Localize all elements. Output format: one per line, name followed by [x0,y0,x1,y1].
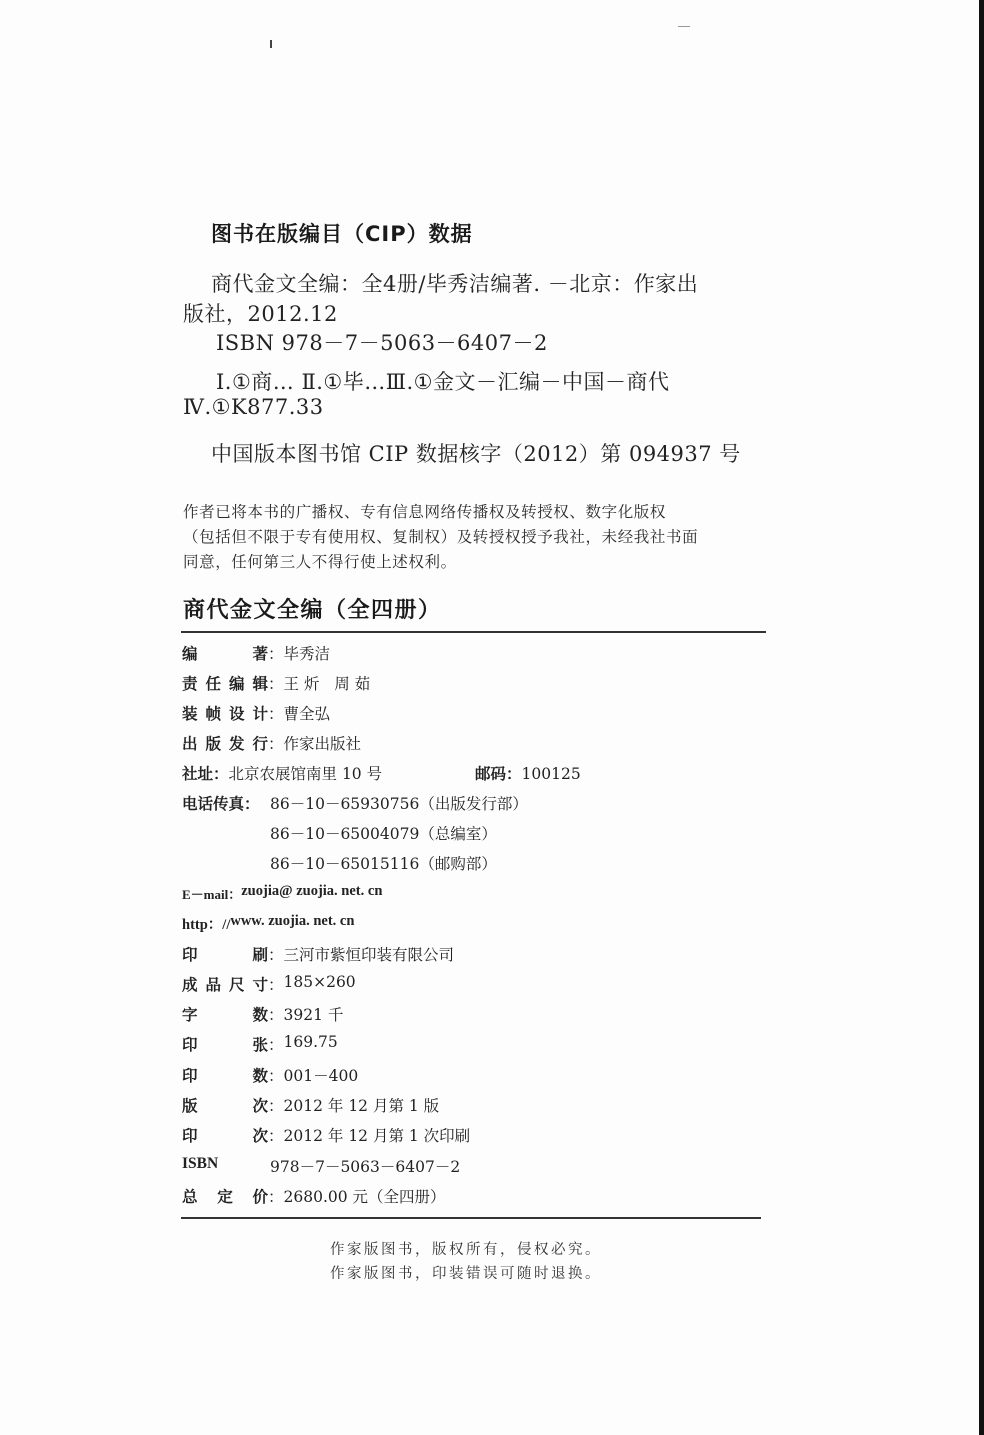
spec-label: 印数 [182,1064,268,1086]
http-label: http：// [182,913,230,934]
spec-edition: 版次：2012 年 12 月第 1 版 [182,1094,439,1116]
spec-value: 3921 千 [284,1003,344,1025]
spec-value: 001－400 [284,1064,359,1086]
spec-label: 印次 [182,1124,268,1146]
field-design: 装帧设计：曹全弘 [182,702,330,724]
spec-isbn: ISBN978－7－5063－6407－2 [182,1155,460,1177]
field-label: 出版发行 [182,732,268,754]
isbn-value: 978－7－5063－6407－2 [270,1155,460,1177]
zip-label: 邮码： [475,762,522,784]
spec-value: 2012 年 12 月第 1 版 [284,1094,440,1116]
spec-price: 总定价：2680.00 元（全四册） [182,1185,446,1207]
scan-speck [678,26,690,27]
footer-note: 作家版图书，印装错误可随时退换。 [330,1262,602,1283]
spec-print-run: 印数：001－400 [182,1064,358,1086]
bottom-rule [181,1217,761,1219]
rights-notice-line: （包括但不限于专有使用权、复制权）及转授权授予我社，未经我社书面 [183,525,698,547]
price-label: 总定价 [182,1185,268,1207]
phone-number: 86－10－65930756（出版发行部） [270,792,528,814]
phone-label: 电话传真： [182,792,270,814]
spec-label: 印张 [182,1033,268,1055]
spec-value: 2012 年 12 月第 1 次印刷 [284,1124,471,1146]
field-address: 社址：北京农展馆南里 10 号 邮码：100125 [182,762,782,784]
rights-notice-line: 同意，任何第三人不得行使上述权利。 [183,550,457,572]
scan-border [979,0,984,1435]
footer-note: 作家版图书，版权所有，侵权必究。 [330,1238,602,1259]
spec-label: 印刷 [182,943,268,965]
field-value: 王 炘 周 茹 [284,672,371,694]
field-value: 作家出版社 [284,732,362,754]
website-link[interactable]: www. zuojia. net. cn [230,913,354,934]
spec-value: 三河市紫恒印装有限公司 [284,943,455,965]
field-phone-3: 86－10－65015116（邮购部） [270,852,497,874]
address-value: 北京农展馆南里 10 号 [229,762,383,784]
field-editor: 编著：毕秀洁 [182,642,330,664]
title-rule [181,631,766,633]
cip-line: 商代金文全编：全4册/毕秀洁编著. －北京：作家出 [211,268,698,298]
field-label: 装帧设计 [182,702,268,724]
spec-label: 版次 [182,1094,268,1116]
cip-line: 版社，2012.12 [183,298,338,328]
scan-speck [270,40,272,48]
field-label: 责任编辑 [182,672,268,694]
field-phone: 电话传真：86－10－65930756（出版发行部） [182,792,528,814]
zip-value: 100125 [522,765,581,783]
field-label: 编著 [182,642,268,664]
cip-classification: Ⅰ.①商… Ⅱ.①毕…Ⅲ.①金文－汇编－中国－商代 [216,366,670,396]
spec-label: 成品尺寸 [182,973,268,995]
cip-record-number: 中国版本图书馆 CIP 数据核字（2012）第 094937 号 [211,438,741,468]
field-phone-2: 86－10－65004079（总编室） [270,822,497,844]
book-title: 商代金文全编（全四册） [183,593,442,624]
cip-heading: 图书在版编目（CIP）数据 [211,218,473,248]
field-value: 曹全弘 [284,702,331,724]
price-value: 2680.00 元（全四册） [284,1185,446,1207]
field-http: http：//www. zuojia. net. cn [182,913,354,934]
phone-number: 86－10－65015116（邮购部） [270,852,497,874]
spec-printer: 印刷：三河市紫恒印装有限公司 [182,943,454,965]
field-responsible-editor: 责任编辑：王 炘 周 茹 [182,672,370,694]
spec-value: 169.75 [284,1033,338,1055]
field-publisher: 出版发行：作家出版社 [182,732,361,754]
email-link[interactable]: zuojia@ zuojia. net. cn [241,883,382,903]
field-email: E－mail：zuojia@ zuojia. net. cn [182,883,382,903]
spec-value: 185×260 [284,973,356,995]
field-value: 毕秀洁 [284,642,331,664]
address-label: 社址： [182,762,229,784]
spec-sheets: 印张：169.75 [182,1033,338,1055]
spec-label: 字数 [182,1003,268,1025]
cip-classification-cont: Ⅳ.①K877.33 [183,395,324,419]
isbn-label: ISBN [182,1155,270,1177]
spec-size: 成品尺寸：185×260 [182,973,356,995]
cip-isbn: ISBN 978－7－5063－6407－2 [216,327,548,357]
spec-printing: 印次：2012 年 12 月第 1 次印刷 [182,1124,470,1146]
phone-number: 86－10－65004079（总编室） [270,822,497,844]
spec-word-count: 字数：3921 千 [182,1003,343,1025]
email-label: E－mail： [182,883,241,903]
rights-notice-line: 作者已将本书的广播权、专有信息网络传播权及转授权、数字化版权 [183,500,666,522]
